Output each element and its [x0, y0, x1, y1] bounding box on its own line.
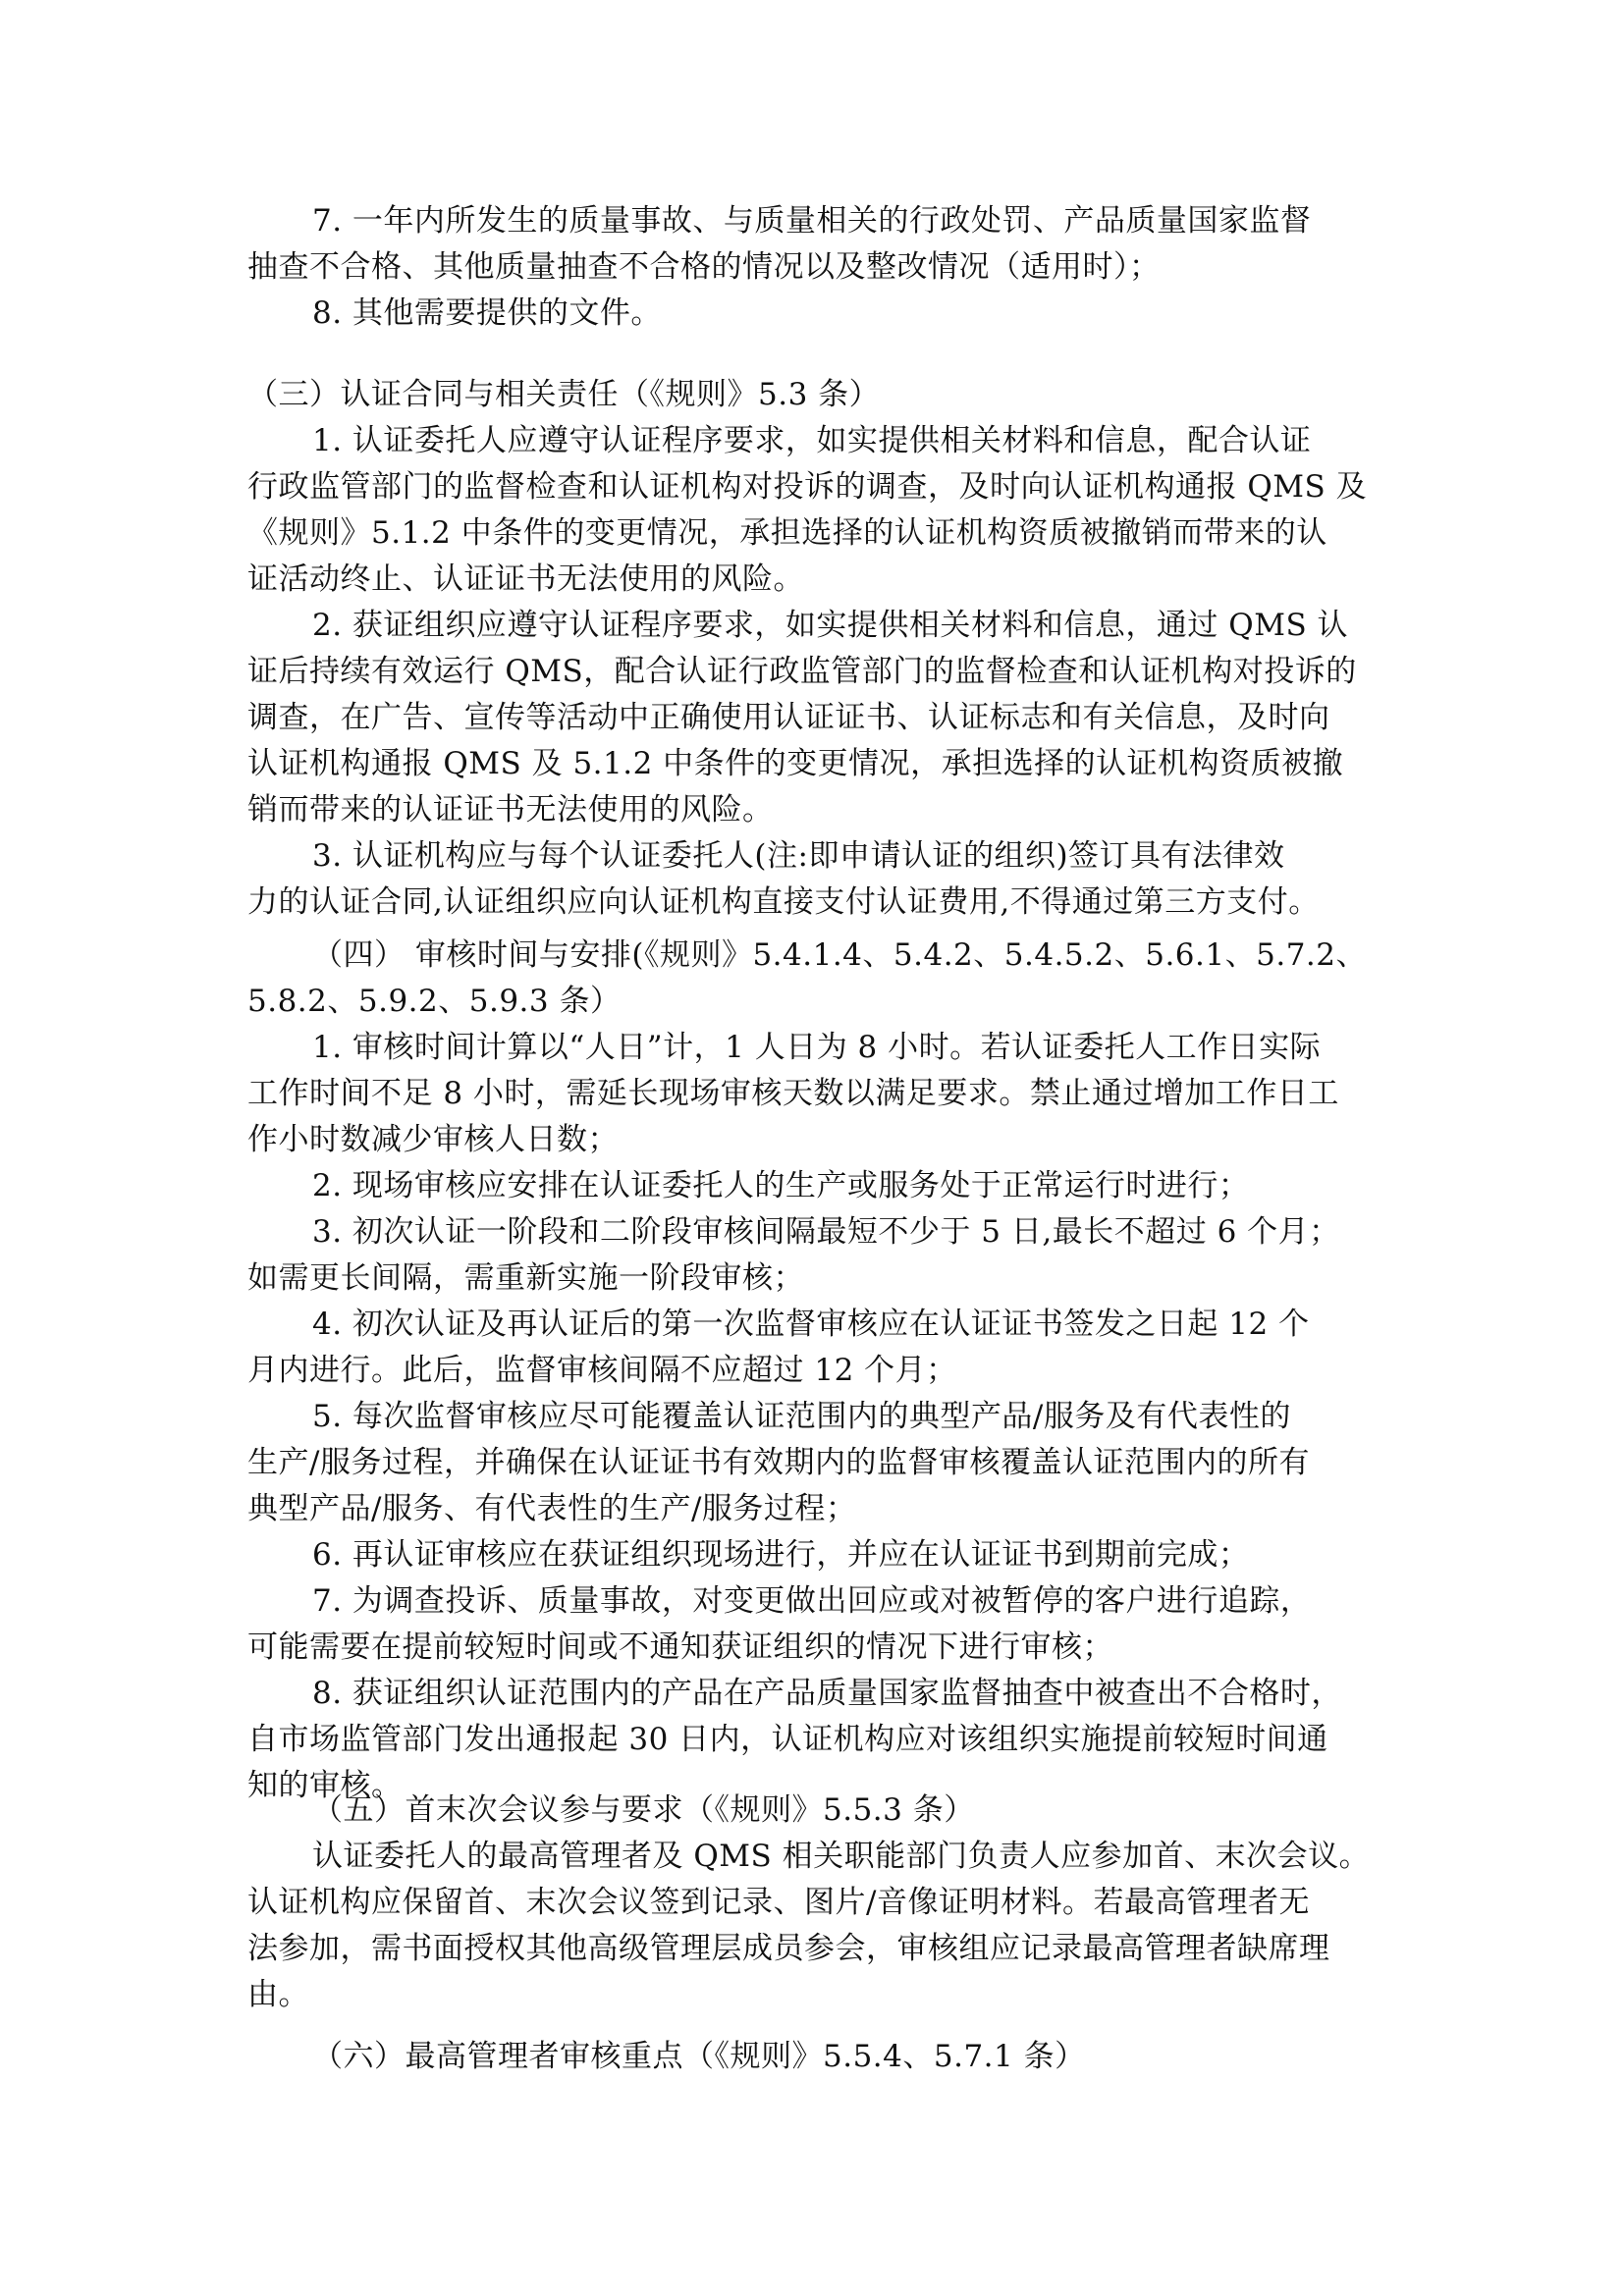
text-line: 7. 为调查投诉、质量事故，对变更做出回应或对被暂停的客户进行追踪， — [312, 1581, 1311, 1621]
text-line: 自市场监管部门发出通报起 30 日内，认证机构应对该组织实施提前较短时间通 — [247, 1720, 1328, 1759]
text-line: 3. 初次认证一阶段和二阶段审核间隔最短不少于 5 日,最长不超过 6 个月； — [312, 1212, 1340, 1252]
text-line: 7. 一年内所发生的质量事故、与质量相关的行政处罚、产品质量国家监督 — [312, 201, 1311, 240]
text-line: 认证委托人的最高管理者及 QMS 相关职能部门负责人应参加首、末次会议。 — [312, 1837, 1370, 1876]
text-line: 3. 认证机构应与每个认证委托人(注:即申请认证的组织)签订具有法律效 — [312, 836, 1285, 876]
text-line: 证后持续有效运行 QMS，配合认证行政监管部门的监督检查和认证机构对投诉的 — [247, 652, 1357, 691]
text-line: 可能需要在提前较短时间或不通知获证组织的情况下进行审核； — [247, 1628, 1113, 1667]
text-line: （四） 审核时间与安排(《规则》5.4.1.4、5.4.2、5.4.5.2、5.… — [312, 935, 1367, 975]
text-line: 力的认证合同,认证组织应向认证机构直接支付认证费用,不得通过第三方支付。 — [247, 882, 1320, 922]
text-line: 4. 初次认证及再认证后的第一次监督审核应在认证证书签发之日起 12 个 — [312, 1305, 1310, 1344]
text-line: 工作时间不足 8 小时，需延长现场审核天数以满足要求。禁止通过增加工作日工 — [247, 1074, 1339, 1113]
text-line: 2. 现场审核应安排在认证委托人的生产或服务处于正常运行时进行； — [312, 1166, 1249, 1205]
text-line: 抽查不合格、其他质量抽查不合格的情况以及整改情况（适用时）； — [247, 247, 1161, 287]
text-line: 典型产品/服务、有代表性的生产/服务过程； — [247, 1489, 856, 1528]
document-page: 7. 一年内所发生的质量事故、与质量相关的行政处罚、产品质量国家监督抽查不合格、… — [0, 0, 1624, 2296]
text-line: 证活动终止、认证证书无法使用的风险。 — [247, 560, 804, 599]
text-line: 6. 再认证审核应在获证组织现场进行，并应在认证证书到期前完成； — [312, 1535, 1249, 1575]
text-line: 1. 认证委托人应遵守认证程序要求，如实提供相关材料和信息，配合认证 — [312, 421, 1311, 460]
text-line: 行政监管部门的监督检查和认证机构对投诉的调查，及时向认证机构通报 QMS 及 — [247, 467, 1367, 507]
text-line: 2. 获证组织应遵守认证程序要求，如实提供相关材料和信息，通过 QMS 认 — [312, 606, 1348, 645]
text-line: 5.8.2、5.9.2、5.9.3 条） — [247, 982, 622, 1021]
text-line: 8. 其他需要提供的文件。 — [312, 294, 662, 333]
text-line: （六）最高管理者审核重点（《规则》5.5.4、5.7.1 条） — [312, 2037, 1086, 2076]
text-line: 法参加，需书面授权其他高级管理层成员参会，审核组应记录最高管理者缺席理 — [247, 1929, 1330, 1968]
text-line: 由。 — [247, 1975, 309, 2014]
text-line: （五）首末次会议参与要求（《规则》5.5.3 条） — [312, 1790, 975, 1830]
text-line: 认证机构应保留首、末次会议签到记录、图片/音像证明材料。若最高管理者无 — [247, 1883, 1310, 1922]
text-line: 如需更长间隔，需重新实施一阶段审核； — [247, 1258, 804, 1298]
text-line: 作小时数减少审核人日数； — [247, 1120, 619, 1159]
text-line: （三）认证合同与相关责任（《规则》5.3 条） — [247, 375, 880, 414]
text-line: 1. 审核时间计算以“人日”计，1 人日为 8 小时。若认证委托人工作日实际 — [312, 1028, 1321, 1067]
text-line: 5. 每次监督审核应尽可能覆盖认证范围内的典型产品/服务及有代表性的 — [312, 1397, 1291, 1436]
text-line: 8. 获证组织认证范围内的产品在产品质量国家监督抽查中被查出不合格时， — [312, 1674, 1342, 1713]
text-line: 生产/服务过程，并确保在认证证书有效期内的监督审核覆盖认证范围内的所有 — [247, 1443, 1310, 1482]
text-line: 《规则》5.1.2 中条件的变更情况，承担选择的认证机构资质被撤销而带来的认 — [247, 513, 1327, 553]
text-line: 月内进行。此后，监督审核间隔不应超过 12 个月； — [247, 1351, 957, 1390]
text-line: 认证机构通报 QMS 及 5.1.2 中条件的变更情况，承担选择的认证机构资质被… — [247, 744, 1343, 783]
text-line: 销而带来的认证证书无法使用的风险。 — [247, 790, 774, 829]
text-line: 调查，在广告、宣传等活动中正确使用认证证书、认证标志和有关信息，及时向 — [247, 698, 1330, 737]
